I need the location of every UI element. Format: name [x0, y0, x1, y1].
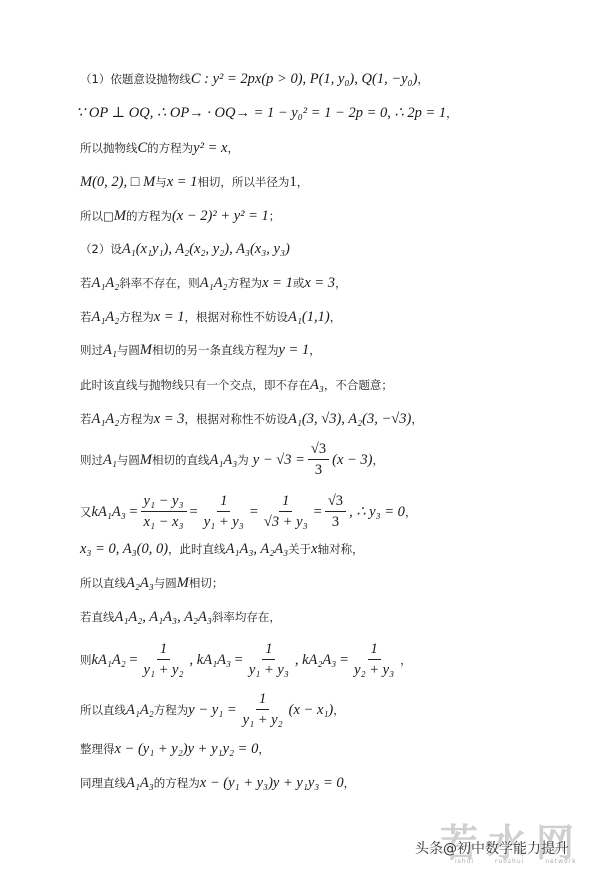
text: 若 [80, 308, 92, 326]
text: 为 [237, 451, 249, 469]
punct: ， [330, 308, 342, 326]
math: y − √3 = [253, 451, 305, 469]
math: k [92, 503, 98, 521]
text: （1）依题意设抛物线 [80, 70, 191, 88]
math: M [114, 207, 126, 225]
math: y − y₁ = [188, 701, 236, 719]
math: (x − 2)² + y² = 1 [172, 207, 269, 225]
text: 或 [293, 274, 305, 292]
text: 与 [155, 173, 167, 191]
punct: ， [417, 70, 429, 88]
numerator: √3 [325, 492, 346, 512]
text: 同理直线 [80, 774, 126, 792]
text: 轴对称， [318, 540, 364, 558]
fraction: 1 y₂ + y₃ [351, 640, 397, 679]
fraction: 1 y₁ + y₃ [201, 492, 247, 531]
math: A₃ [310, 376, 324, 394]
fraction: 1 y₁ + y₂ [240, 690, 286, 729]
math: 1 [289, 173, 296, 191]
denominator: √3 + y₃ [261, 512, 311, 531]
denominator: y₁ + y₂ [141, 660, 187, 679]
text: 则过 [80, 451, 103, 469]
math: x = 1 [154, 308, 185, 326]
line-parabola-eq: 所以抛物线 C 的方程为 y² = x ， [80, 139, 239, 157]
math: x = 1 [167, 173, 198, 191]
text: 相切的直线 [152, 451, 210, 469]
math: A₁A₃ [210, 451, 238, 469]
text: ，不合题意； [324, 376, 393, 394]
line-part1-setup: （1）依题意设抛物线 C : y² = 2px(p > 0), P(1, y₀)… [80, 70, 429, 88]
line-A1A3-eq: 同理直线 A₁A₃ 的方程为 x − (y₁ + y₃)y + y₁y₃ = 0… [80, 774, 355, 792]
fraction: √3 3 [308, 440, 329, 479]
line-circle-eq: 所以□ M 的方程为 (x − 2)² + y² = 1 ； [80, 207, 280, 225]
punct: ， [227, 139, 239, 157]
numerator: 1 [217, 492, 230, 512]
punct: ， [309, 341, 321, 359]
text: 相切，所以半径为 [197, 173, 289, 191]
math: A₁ [103, 451, 117, 469]
text: 则过 [80, 341, 103, 359]
math: ∵ OP ⊥ OQ, ∴ OP→ · OQ→ = 1 − y₀² = 1 − 2… [76, 104, 446, 122]
numerator: 1 [157, 640, 170, 660]
text: 整理得 [80, 740, 115, 758]
math: x₃ = 0, A₃(0, 0) [80, 540, 168, 558]
denominator: y₁ + y₃ [201, 512, 247, 531]
text: 方程为 [119, 308, 154, 326]
math: M [140, 451, 152, 469]
attribution-text: 头条@初中数学能力提升 [415, 838, 569, 858]
text: 此时该直线与抛物线只有一个交点，即不存在 [80, 376, 310, 394]
math: y² = x [193, 139, 227, 157]
math: A₁(1,1) [288, 308, 330, 326]
text: 所以直线 [80, 574, 126, 592]
math: A₁A₂ [126, 701, 154, 719]
math: M(0, 2), □ M [80, 173, 155, 191]
math: A₁ [103, 341, 117, 359]
fraction: 1 y₁ + y₂ [141, 640, 187, 679]
math: A₁A₂ [92, 308, 120, 326]
denominator: x₁ − x₃ [141, 512, 187, 531]
text: 所以□ [80, 207, 114, 225]
line-part2-setup: （2）设 A₁(x₁y₁), A₂(x₂, y₂), A₃(x₃, y₃) [80, 240, 290, 258]
punct: ， [333, 701, 345, 719]
punct: ， [344, 774, 356, 792]
fraction: y₁ − y₃ x₁ − x₃ [141, 492, 187, 531]
watermark-subtext: ishui ruoshui network [455, 858, 577, 865]
math: A₁A₂ [92, 410, 120, 428]
text: 若 [80, 410, 92, 428]
line-three-slopes: 则 kA₁A₂ = 1 y₁ + y₂ , kA₁A₃ = 1 y₁ + y₃ … [80, 640, 412, 679]
punct: ， [400, 651, 412, 669]
denominator: 3 [329, 512, 342, 531]
math: A₁A₃ [126, 774, 154, 792]
math: (x − x₁) [289, 701, 334, 719]
line-slope-undefined: 若 A₁A₂ 斜率不存在，则 A₁A₂ 方程为 x = 1 或 x = 3 ， [80, 274, 347, 292]
punct: ， [405, 503, 417, 521]
line-slopes-exist: 若直线 A₁A₂, A₁A₃, A₂A₃ 斜率均存在， [80, 608, 281, 626]
math: x = 3 [304, 274, 335, 292]
math: A₁(x₁y₁), A₂(x₂, y₂), A₃(x₃, y₃) [122, 240, 290, 258]
line-simplify: 整理得 x − (y₁ + y₂)y + y₁y₂ = 0 ， [80, 740, 270, 758]
numerator: 1 [368, 640, 381, 660]
numerator: 1 [279, 492, 292, 512]
line-other-tangent: 则过 A₁ 与圆 M 相切的另一条直线方程为 y = 1 ， [80, 341, 321, 359]
math: x = 1 [262, 274, 293, 292]
text: 的方程为 [154, 774, 200, 792]
denominator: y₁ + y₃ [246, 660, 292, 679]
math: A₁(3, √3), A₂(3, −√3) [288, 410, 411, 428]
line-slope-k13: 又 kA₁A₃ = y₁ − y₃ x₁ − x₃ = 1 y₁ + y₃ = … [80, 492, 416, 531]
numerator: √3 [308, 440, 329, 460]
document-page: （1）依题意设抛物线 C : y² = 2px(p > 0), P(1, y₀)… [0, 0, 600, 870]
text: ，此时直线 [168, 540, 226, 558]
math: A₁A₂, A₁A₃, A₂A₃ [115, 608, 212, 626]
text: 与圆 [154, 574, 177, 592]
math: , ∴ y₃ = 0 [349, 503, 405, 521]
text: 与圆 [117, 341, 140, 359]
denominator: y₂ + y₃ [351, 660, 397, 679]
math: A₁A₂ [92, 274, 120, 292]
text: 所以直线 [80, 701, 126, 719]
text: （2）设 [80, 240, 122, 258]
text: 又 [80, 503, 92, 521]
punct: ， [297, 173, 309, 191]
punct: ， [258, 740, 270, 758]
text: 相切； [189, 574, 224, 592]
text: ，根据对称性不妨设 [185, 308, 289, 326]
math: C : y² = 2px(p > 0), P(1, y₀), Q(1, −y₀) [191, 70, 418, 88]
fraction: √3 3 [325, 492, 346, 531]
numerator: 1 [256, 690, 269, 710]
punct: ， [411, 410, 423, 428]
text: 与圆 [117, 451, 140, 469]
text: 的方程为 [147, 139, 193, 157]
text: 的方程为 [126, 207, 172, 225]
text: 方程为 [228, 274, 263, 292]
text: 若 [80, 274, 92, 292]
math: M [140, 341, 152, 359]
math: x = 3 [154, 410, 185, 428]
text: 方程为 [154, 701, 189, 719]
math: (x − 3) [332, 451, 372, 469]
text: ，根据对称性不妨设 [185, 410, 289, 428]
text: 斜率均存在， [212, 608, 281, 626]
fraction: 1 √3 + y₃ [261, 492, 311, 531]
line-no-A3: 此时该直线与抛物线只有一个交点，即不存在 A₃ ，不合题意； [80, 376, 393, 394]
line-circle-tangent: M(0, 2), □ M 与 x = 1 相切，所以半径为 1 ， [80, 173, 308, 191]
math: x − (y₁ + y₂)y + y₁y₂ = 0 [115, 740, 259, 758]
text: 关于 [288, 540, 311, 558]
denominator: y₁ + y₂ [240, 710, 286, 729]
punct: ， [446, 104, 458, 122]
math: x − (y₁ + y₃)y + y₁y₃ = 0 [200, 774, 344, 792]
line-case-x1: 若 A₁A₂ 方程为 x = 1 ，根据对称性不妨设 A₁(1,1) ， [80, 308, 341, 326]
text: 若直线 [80, 608, 115, 626]
math: M [177, 574, 189, 592]
numerator: y₁ − y₃ [141, 492, 187, 512]
text: 所以抛物线 [80, 139, 138, 157]
math: y = 1 [279, 341, 310, 359]
line-case-x3: 若 A₁A₂ 方程为 x = 3 ，根据对称性不妨设 A₁(3, √3), A₂… [80, 410, 423, 428]
numerator: 1 [262, 640, 275, 660]
punct: ， [335, 274, 347, 292]
text: 斜率不存在，则 [119, 274, 200, 292]
line-A2A3-tangent: 所以直线 A₂A₃ 与圆 M 相切； [80, 574, 223, 592]
fraction: 1 y₁ + y₃ [246, 640, 292, 679]
line-tangent-A1A3: 则过 A₁ 与圆 M 相切的直线 A₁A₃ 为 y − √3 = √3 3 (x… [80, 440, 384, 479]
punct: ， [373, 451, 385, 469]
math: A₁A₃, A₂A₃ [226, 540, 289, 558]
text: 则 [80, 651, 92, 669]
punct: ； [269, 207, 281, 225]
text: 相切的另一条直线方程为 [152, 341, 279, 359]
math: A₁A₂ [200, 274, 228, 292]
math: A₂A₃ [126, 574, 154, 592]
math: C [138, 139, 148, 157]
line-perpendicular: ∵ OP ⊥ OQ, ∴ OP→ · OQ→ = 1 − y₀² = 1 − 2… [76, 104, 458, 122]
denominator: 3 [312, 460, 325, 479]
line-A1A2-eq: 所以直线 A₁A₂ 方程为 y − y₁ = 1 y₁ + y₂ (x − x₁… [80, 690, 345, 729]
text: 方程为 [119, 410, 154, 428]
line-A3-origin: x₃ = 0, A₃(0, 0) ，此时直线 A₁A₃, A₂A₃ 关于 x 轴… [80, 540, 364, 558]
